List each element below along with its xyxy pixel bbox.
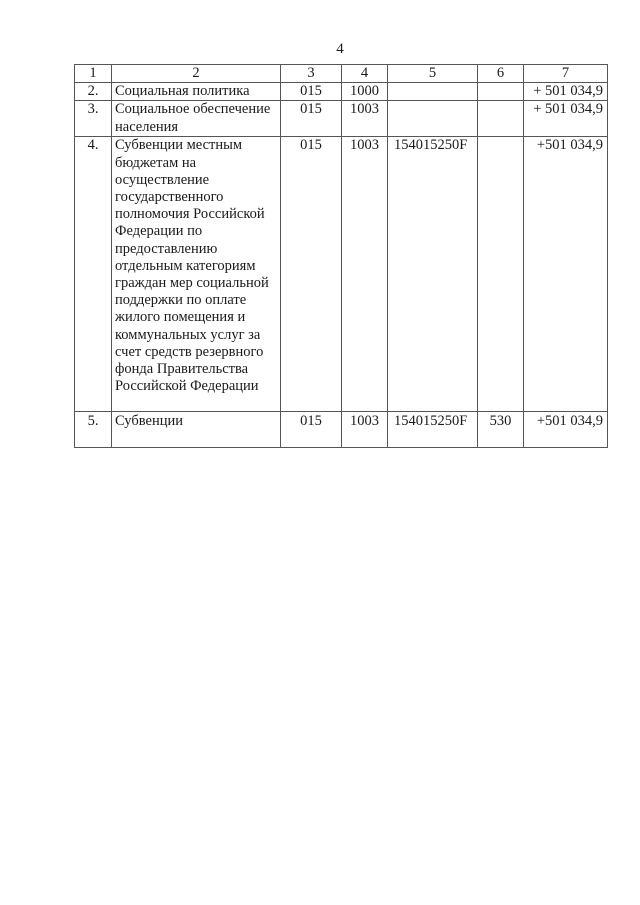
row-amount: +501 034,9 — [524, 412, 608, 448]
row-col3: 015 — [281, 83, 342, 101]
row-amount: + 501 034,9 — [524, 83, 608, 101]
row-name: Субвенции — [112, 412, 281, 448]
row-col4: 1000 — [342, 83, 388, 101]
row-amount: + 501 034,9 — [524, 101, 608, 137]
header-cell: 5 — [388, 65, 478, 83]
row-number: 4. — [75, 137, 112, 412]
row-amount: +501 034,9 — [524, 137, 608, 412]
table-header-row: 1 2 3 4 5 6 7 — [75, 65, 608, 83]
row-name: Субвенции местным бюджетам на осуществле… — [112, 137, 281, 412]
row-number: 2. — [75, 83, 112, 101]
budget-table: 1 2 3 4 5 6 7 2. Социальная политика 015… — [74, 64, 608, 448]
row-col5: 154015250F — [388, 137, 478, 412]
table-row: 4. Субвенции местным бюджетам на осущест… — [75, 137, 608, 412]
row-col5 — [388, 83, 478, 101]
row-col4: 1003 — [342, 137, 388, 412]
header-cell: 6 — [478, 65, 524, 83]
page-number: 4 — [0, 40, 640, 58]
table-row: 5. Субвенции 015 1003 154015250F 530 +50… — [75, 412, 608, 448]
row-name: Социальная политика — [112, 83, 281, 101]
table-row: 2. Социальная политика 015 1000 + 501 03… — [75, 83, 608, 101]
row-name: Социальное обеспечение населения — [112, 101, 281, 137]
row-col3: 015 — [281, 137, 342, 412]
header-cell: 3 — [281, 65, 342, 83]
row-col6 — [478, 83, 524, 101]
row-col6 — [478, 137, 524, 412]
row-col6: 530 — [478, 412, 524, 448]
header-cell: 4 — [342, 65, 388, 83]
row-number: 3. — [75, 101, 112, 137]
row-col4: 1003 — [342, 412, 388, 448]
header-cell: 1 — [75, 65, 112, 83]
row-col5: 154015250F — [388, 412, 478, 448]
row-number: 5. — [75, 412, 112, 448]
row-col6 — [478, 101, 524, 137]
table-row: 3. Социальное обеспечение населения 015 … — [75, 101, 608, 137]
header-cell: 2 — [112, 65, 281, 83]
row-col4: 1003 — [342, 101, 388, 137]
row-col3: 015 — [281, 412, 342, 448]
row-col3: 015 — [281, 101, 342, 137]
row-col5 — [388, 101, 478, 137]
header-cell: 7 — [524, 65, 608, 83]
